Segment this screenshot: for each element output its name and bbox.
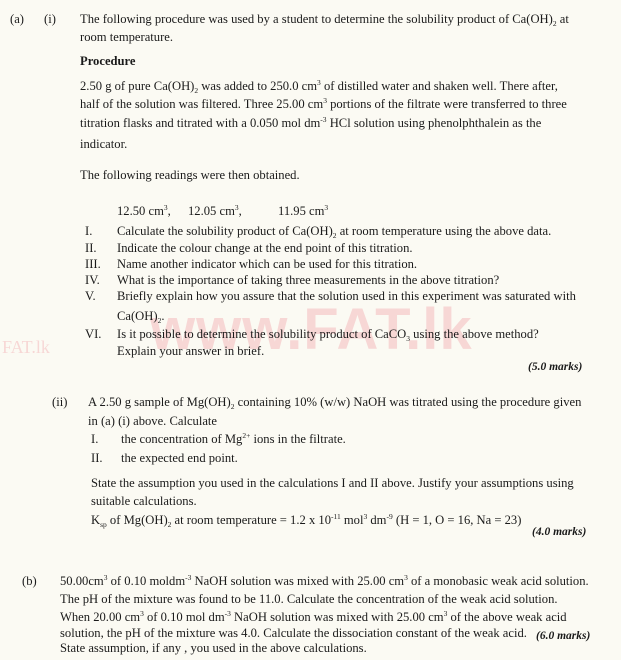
sub-ii-line-1: A 2.50 g sample of Mg(OH)2 containing 10… — [88, 395, 581, 410]
part-b-line-4: solution, the pH of the mixture was 4.0.… — [60, 626, 527, 641]
part-b-label: (b) — [22, 574, 37, 589]
sub-ii-item-num-2: II. — [91, 451, 103, 466]
part-b-line-3: When 20.00 cm3 of 0.10 mol dm-3 NaOH sol… — [60, 610, 567, 625]
question-2: Indicate the colour change at the end po… — [117, 241, 413, 256]
question-5-line-2: Ca(OH)2. — [117, 309, 164, 324]
question-num-6: VI. — [85, 327, 101, 342]
reading-3: 11.95 cm3 — [278, 204, 328, 219]
part-b-line-1: 50.00cm3 of 0.10 moldm-3 NaOH solution w… — [60, 574, 589, 589]
procedure-heading: Procedure — [80, 54, 136, 69]
question-num-3: III. — [85, 257, 101, 272]
sub-i-label: (i) — [44, 12, 56, 27]
question-num-1: I. — [85, 224, 92, 239]
assumption-line-2: suitable calculations. — [91, 494, 197, 509]
question-6-line-2: Explain your answer in brief. — [117, 344, 264, 359]
marks-b: (6.0 marks) — [536, 630, 590, 642]
marks-a-ii: (4.0 marks) — [532, 526, 586, 538]
procedure-line-1: 2.50 g of pure Ca(OH)2 was added to 250.… — [80, 79, 558, 94]
readings-intro: The following readings were then obtaine… — [80, 168, 300, 183]
procedure-line-4: indicator. — [80, 137, 127, 152]
question-1: Calculate the solubility product of Ca(O… — [117, 224, 551, 239]
question-4: What is the importance of taking three m… — [117, 273, 499, 288]
part-a-label: (a) — [10, 12, 24, 27]
question-num-2: II. — [85, 241, 97, 256]
watermark-side: FAT.lk — [2, 337, 50, 358]
reading-1: 12.50 cm3, — [117, 204, 171, 219]
intro-line-2: room temperature. — [80, 30, 173, 45]
question-6: Is it possible to determine the solubili… — [117, 327, 539, 342]
assumption-line-1: State the assumption you used in the cal… — [91, 476, 574, 491]
reading-2: 12.05 cm3, — [188, 204, 242, 219]
exam-page: www.FAT.lk FAT.lk (a) (i) The following … — [0, 0, 621, 660]
question-5: Briefly explain how you assure that the … — [117, 289, 576, 304]
question-num-5: V. — [85, 289, 96, 304]
ksp-line: Ksp of Mg(OH)2 at room temperature = 1.2… — [91, 513, 521, 528]
question-3: Name another indicator which can be used… — [117, 257, 417, 272]
part-b-line-5: State assumption, if any , you used in t… — [60, 641, 367, 656]
marks-a-i: (5.0 marks) — [528, 361, 582, 373]
sub-ii-line-2: in (a) (i) above. Calculate — [88, 414, 217, 429]
sub-ii-item-1: the concentration of Mg2+ ions in the fi… — [121, 432, 346, 447]
sub-ii-item-2: the expected end point. — [121, 451, 238, 466]
procedure-line-2: half of the solution was filtered. Three… — [80, 97, 567, 112]
question-num-4: IV. — [85, 273, 100, 288]
procedure-line-3: titration flasks and titrated with a 0.0… — [80, 116, 541, 131]
intro-line-1: The following procedure was used by a st… — [80, 12, 569, 27]
sub-ii-item-num-1: I. — [91, 432, 98, 447]
part-b-line-2: The pH of the mixture was found to be 11… — [60, 592, 558, 607]
sub-ii-label: (ii) — [52, 395, 67, 410]
